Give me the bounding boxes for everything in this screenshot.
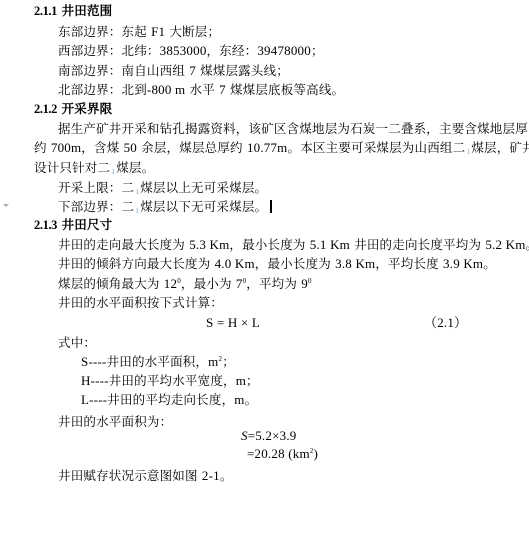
dip-angle-line: 煤层的倾角最大为 120，最小为 70，平均为 90 (58, 276, 312, 292)
area-intro-line: 井田的水平面积为： (58, 414, 172, 430)
mining-limit-paragraph-line-3: 设计只针对二1煤层。 (34, 160, 154, 180)
area-calc-line-2: =20.28 (km2) (247, 446, 318, 462)
unit: m (236, 373, 246, 388)
symbol: H (81, 373, 91, 388)
text: ，平均为 (246, 276, 301, 291)
calc-expression: =5.2×3.9 (248, 428, 297, 443)
strike-length-line: 井田的走向最大长度为 5.3 Km，最小长度为 5.1 Km 井田的走向长度平均… (58, 237, 529, 253)
text: 煤层，矿井 (471, 140, 529, 155)
text: 水平 (185, 82, 219, 97)
dip-length-line: 井田的倾斜方向最大长度为 4.0 Km，最小长度为 3.8 Km，平均长度 3.… (58, 256, 496, 272)
mining-limit-paragraph-line-2: 约 700m，含煤 50 余层，煤层总厚约 10.77m。本区主要可采煤层为山西… (34, 140, 529, 160)
text: 。 (483, 256, 496, 271)
unit: m (234, 392, 244, 407)
fault-code: F1 (151, 24, 165, 39)
seam-number: 7 (219, 82, 226, 97)
north-boundary-label: 北部边界： (58, 82, 122, 97)
definition-l: L----井田的平均走向长度，m。 (81, 392, 257, 408)
degree-mark: 0 (308, 277, 312, 285)
calc-result: =20.28 (km (247, 446, 310, 461)
mining-limit-paragraph-line-1: 据生产矿井开采和钻孔揭露资料，该矿区含煤地层为石炭一二叠系，主要含煤地层厚 (58, 121, 528, 137)
where-label: 式中： (58, 335, 96, 351)
section-heading-2-1-3: 2.1.3 井田尺寸 (34, 217, 112, 233)
text: 煤层。 (116, 160, 154, 175)
seam-number: 7 (189, 63, 196, 78)
symbol: L (81, 392, 89, 407)
text: 设计只针对二 (34, 160, 110, 175)
text: 井田的水平面积， (107, 354, 209, 369)
text: 煤层以上无可采煤层。 (140, 180, 267, 195)
depth-value: -800 m (147, 82, 185, 97)
strike-avg: 5.2 Km (485, 237, 525, 252)
text: 大断层； (165, 24, 220, 39)
text: 。本区主要可采煤层为山西组二 (288, 140, 466, 155)
text: 井田的水平面积为： (58, 414, 172, 429)
text: 东起 (122, 24, 152, 39)
dip-avg: 3.9 Km (443, 256, 483, 271)
text: 据生产矿井开采和钻孔揭露资料，该矿区含煤地层为石炭一二叠系，主要含煤地层厚 (58, 121, 528, 136)
north-boundary-line: 北部边界：北到-800 m 水平 7 煤煤层底板等高线。 (58, 82, 344, 98)
text: ， (207, 43, 220, 58)
text: 。 (220, 468, 233, 483)
section-number: 2.1.1 (34, 4, 57, 18)
south-boundary-label: 南部边界： (58, 63, 122, 78)
text: 煤层以下无可采煤层。 (140, 199, 267, 214)
text: 井田的倾斜方向最大长度为 (58, 256, 215, 271)
text: ) (313, 446, 318, 461)
formula-number: （2.1） (424, 315, 467, 331)
calc-intro-line: 井田的水平面积按下式计算： (58, 295, 223, 311)
document-page[interactable]: 2.1.1 井田范围 东部边界：东起 F1 大断层； 西部边界：北纬：38530… (0, 0, 529, 551)
text: 煤煤层底板等高线。 (226, 82, 344, 97)
latitude-value: 3853000 (160, 43, 207, 58)
section-heading-2-1-2: 2.1.2 开采界限 (34, 101, 112, 117)
text: ，最小长度为 (255, 256, 335, 271)
text: 。 (526, 237, 529, 252)
definition-h: H----井田的平均水平宽度，m； (81, 373, 259, 389)
angle-min: 7 (236, 276, 243, 291)
symbol: S (241, 428, 248, 443)
text: 二 (122, 180, 135, 195)
text: ； (222, 354, 235, 369)
text: 井田的平均走向长度， (107, 392, 234, 407)
figure-number: 2-1 (202, 468, 220, 483)
text: 井田赋存状况示意图如图 (58, 468, 202, 483)
text: ； (311, 43, 324, 58)
text: 煤层的倾角最大为 (58, 276, 164, 291)
text: ，平均长度 (375, 256, 443, 271)
section-heading-2-1-1: 2.1.1 井田范围 (34, 3, 112, 19)
text-cursor (270, 200, 272, 213)
text: 二 (122, 199, 135, 214)
text: 井田的水平面积按下式计算： (58, 295, 223, 310)
upper-limit-line: 开采上限：二1煤层以上无可采煤层。 (58, 180, 267, 200)
text: 。 (245, 392, 258, 407)
angle-avg: 9 (301, 276, 308, 291)
section-title: 井田范围 (62, 3, 113, 18)
east-boundary-line: 东部边界：东起 F1 大断层； (58, 24, 220, 40)
seam-count: 50 (124, 140, 137, 155)
text: ； (246, 373, 259, 388)
lower-limit-line[interactable]: 下部边界：二1煤层以下无可采煤层。 (58, 199, 272, 219)
section-number: 2.1.3 (34, 218, 57, 232)
formula-text: S = H × L (206, 315, 260, 330)
upper-limit-label: 开采上限： (58, 180, 122, 195)
area-formula: S = H × L (206, 315, 260, 331)
longitude-value: 39478000 (257, 43, 311, 58)
area-calc-line-1: S=5.2×3.9 (241, 428, 296, 444)
total-thickness: 10.77m (247, 140, 288, 155)
section-title: 井田尺寸 (62, 217, 113, 232)
strike-min: 5.1 Km (310, 237, 350, 252)
south-boundary-line: 南部边界：南自山西组 7 煤煤层露头线； (58, 63, 289, 79)
equation-number: （2.1） (424, 315, 467, 330)
text: 井田的走向长度平均为 (350, 237, 485, 252)
text: 约 (34, 140, 51, 155)
thickness-value: 700m (51, 140, 81, 155)
text: 式中： (58, 335, 96, 350)
west-boundary-line: 西部边界：北纬：3853000，东经：39478000； (58, 43, 324, 59)
text: 煤煤层露头线； (196, 63, 289, 78)
text: ，含煤 (81, 140, 123, 155)
figure-reference-line: 井田赋存状况示意图如图 2-1。 (58, 468, 233, 484)
strike-max: 5.3 Km (189, 237, 229, 252)
section-title: 开采界限 (62, 101, 113, 116)
dash: ---- (88, 354, 106, 369)
text: 南自山西组 (122, 63, 190, 78)
dash: ---- (91, 373, 109, 388)
text: 东经： (219, 43, 257, 58)
section-number: 2.1.2 (34, 102, 57, 116)
east-boundary-label: 东部边界： (58, 24, 122, 39)
text: 北纬： (122, 43, 160, 58)
dip-max: 4.0 Km (215, 256, 255, 271)
dash: ---- (89, 392, 107, 407)
west-boundary-label: 西部边界： (58, 43, 122, 58)
angle-max: 12 (164, 276, 177, 291)
text: 余层，煤层总厚约 (137, 140, 247, 155)
text: ，最小为 (181, 276, 236, 291)
unit: m (208, 354, 218, 369)
text: 井田的走向最大长度为 (58, 237, 189, 252)
definition-s: S----井田的水平面积，m2； (81, 354, 235, 370)
paragraph-collapse-triangle-icon[interactable] (3, 204, 9, 207)
dip-min: 3.8 Km (335, 256, 375, 271)
lower-limit-label: 下部边界： (58, 199, 122, 214)
text: 井田的平均水平宽度， (109, 373, 236, 388)
text: 北到 (122, 82, 147, 97)
text: ，最小长度为 (229, 237, 309, 252)
